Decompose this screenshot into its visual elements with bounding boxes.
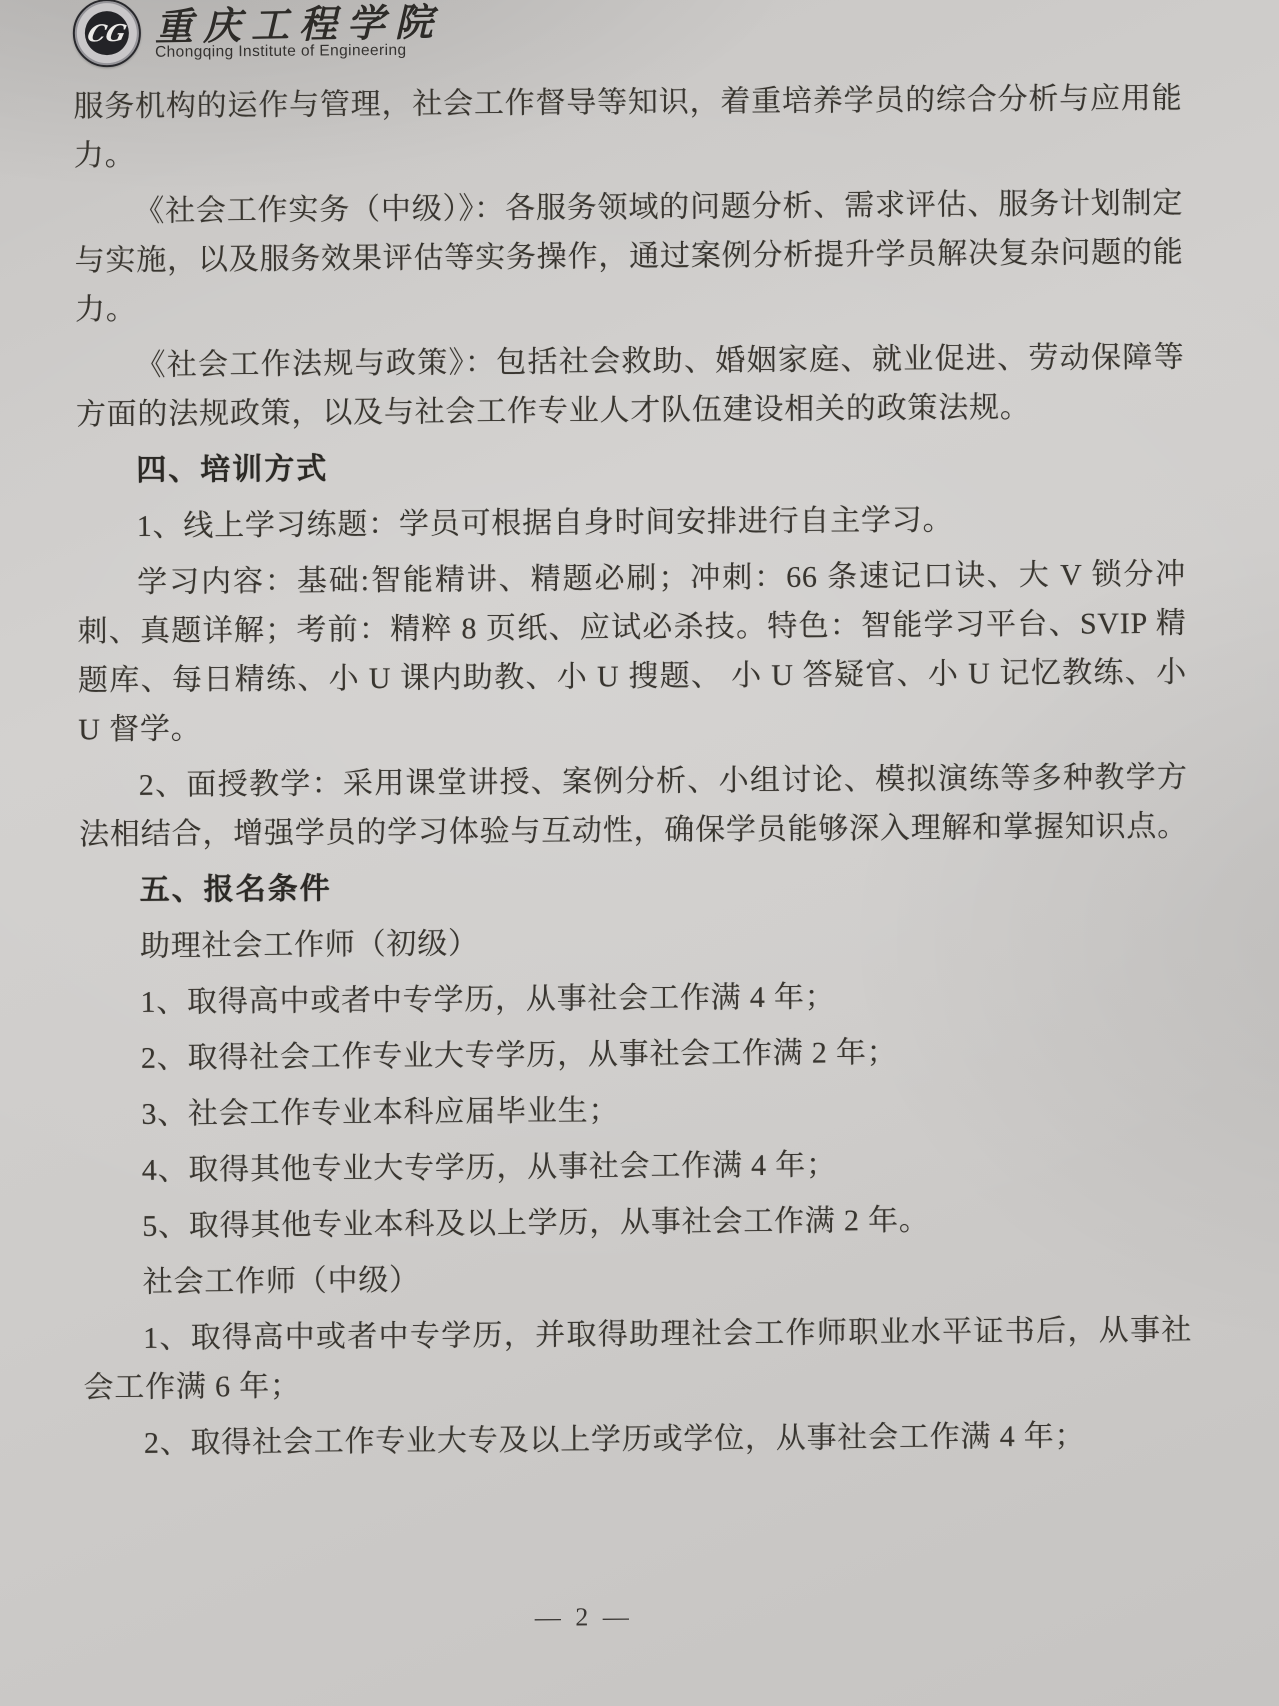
page-number: — 2 —: [29, 1598, 1138, 1637]
university-seal-inner-disc: CG: [85, 11, 129, 55]
paragraph: 学习内容：基础:智能精讲、精题必刷；冲刺：66 条速记口诀、大 V 锁分冲刺、真…: [77, 550, 1188, 755]
paragraph-continuation: 服务机构的运作与管理，社会工作督导等知识，着重培养学员的综合分析与应用能力。: [73, 74, 1183, 181]
university-names: 重庆工程学院 Chongqing Institute of Engineerin…: [155, 3, 443, 60]
paragraph: 社会工作师（中级）: [83, 1250, 1192, 1308]
university-name-chinese: 重庆工程学院: [154, 2, 443, 47]
list-item: 2、取得社会工作专业大专及以上学历或学位，从事社会工作满 4 年；: [84, 1411, 1193, 1469]
paragraph: 1、线上学习练题：学员可根据自身时间安排进行自主学习。: [77, 494, 1186, 552]
document-body: 服务机构的运作与管理，社会工作督导等知识，着重培养学员的综合分析与应用能力。 《…: [73, 74, 1193, 1469]
letterhead: CG 重庆工程学院 Chongqing Institute of Enginee…: [73, 0, 1183, 68]
list-item: 1、取得高中或者中专学历，并取得助理社会工作师职业水平证书后，从事社会工作满 6…: [83, 1306, 1193, 1413]
section-heading-training-methods: 四、培训方式: [76, 438, 1185, 496]
paragraph: 助理社会工作师（初级）: [80, 914, 1189, 972]
list-item: 4、取得其他专业大专学历，从事社会工作满 4 年；: [82, 1138, 1191, 1196]
section-heading-registration-conditions: 五、报名条件: [79, 858, 1188, 916]
university-seal-icon: CG: [73, 0, 142, 67]
list-item: 3、社会工作专业本科应届毕业生；: [81, 1082, 1190, 1140]
paragraph: 2、面授教学：采用课堂讲授、案例分析、小组讨论、模拟演练等多种教学方法相结合，增…: [79, 753, 1189, 860]
university-seal-monogram: CG: [85, 19, 129, 46]
list-item: 2、取得社会工作专业大专学历，从事社会工作满 2 年；: [81, 1026, 1190, 1084]
paragraph: 《社会工作实务（中级）》：各服务领域的问题分析、需求评估、服务计划制定与实施，以…: [74, 179, 1184, 335]
paragraph: 《社会工作法规与政策》：包括社会救助、婚姻家庭、就业促进、劳动保障等方面的法规政…: [75, 333, 1185, 440]
list-item: 1、取得高中或者中专学历，从事社会工作满 4 年；: [80, 970, 1189, 1028]
scanned-page: CG 重庆工程学院 Chongqing Institute of Enginee…: [0, 0, 1279, 1706]
list-item: 5、取得其他专业本科及以上学历，从事社会工作满 2 年。: [82, 1194, 1191, 1252]
